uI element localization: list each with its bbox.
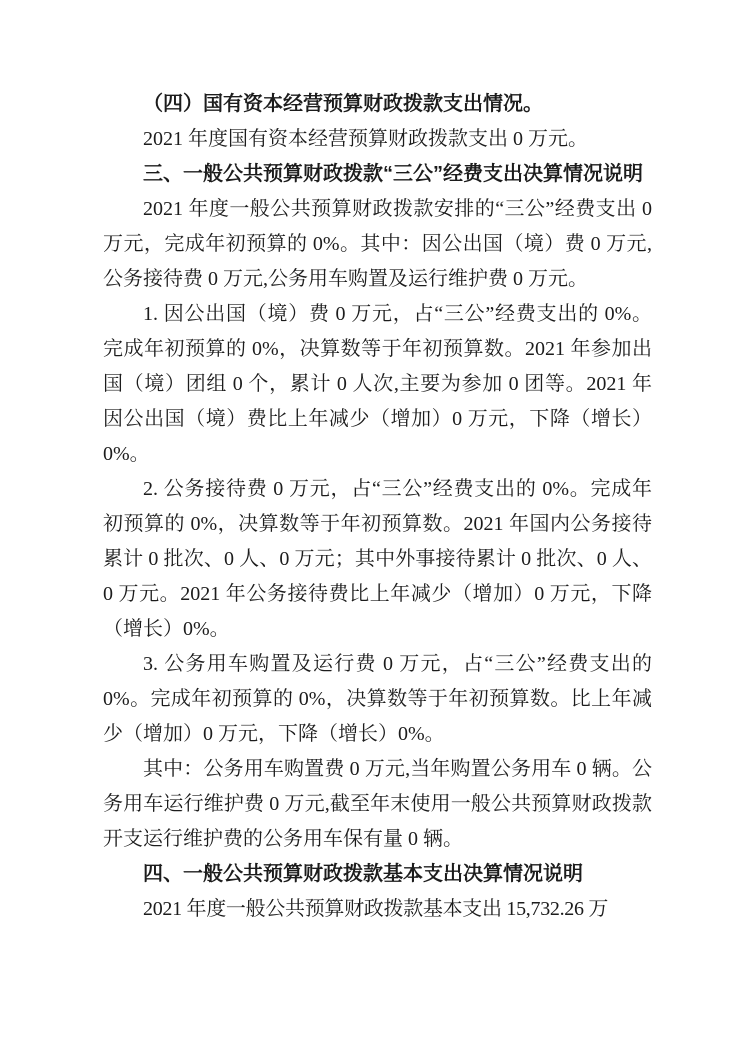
para-state-capital-expenditure: 2021 年度国有资本经营预算财政拨款支出 0 万元。 <box>103 122 652 157</box>
para-vehicles-detail: 其中：公务用车购置费 0 万元,当年购置公务用车 0 辆。公务用车运行维护费 0… <box>103 752 652 857</box>
heading-section-four-basic-expenditure: 四、一般公共预算财政拨款基本支出决算情况说明 <box>103 857 652 892</box>
para-basic-expenditure: 2021 年度一般公共预算财政拨款基本支出 15,732.26 万 <box>103 892 652 927</box>
heading-section-three-public-funds: 三、一般公共预算财政拨款“三公”经费支出决算情况说明 <box>103 157 652 192</box>
para-item-2-official-reception: 2. 公务接待费 0 万元，占“三公”经费支出的 0%。完成年初预算的 0%，决… <box>103 472 652 647</box>
para-three-public-overview: 2021 年度一般公共预算财政拨款安排的“三公”经费支出 0 万元，完成年初预算… <box>103 192 652 297</box>
para-item-3-official-vehicles: 3. 公务用车购置及运行费 0 万元，占“三公”经费支出的 0%。完成年初预算的… <box>103 647 652 752</box>
para-item-1-abroad-visits: 1. 因公出国（境）费 0 万元，占“三公”经费支出的 0%。完成年初预算的 0… <box>103 297 652 472</box>
document-text-block: （四）国有资本经营预算财政拨款支出情况。 2021 年度国有资本经营预算财政拨款… <box>103 87 652 927</box>
heading-section-4-state-capital: （四）国有资本经营预算财政拨款支出情况。 <box>103 87 652 122</box>
document-page: （四）国有资本经营预算财政拨款支出情况。 2021 年度国有资本经营预算财政拨款… <box>0 0 750 1061</box>
